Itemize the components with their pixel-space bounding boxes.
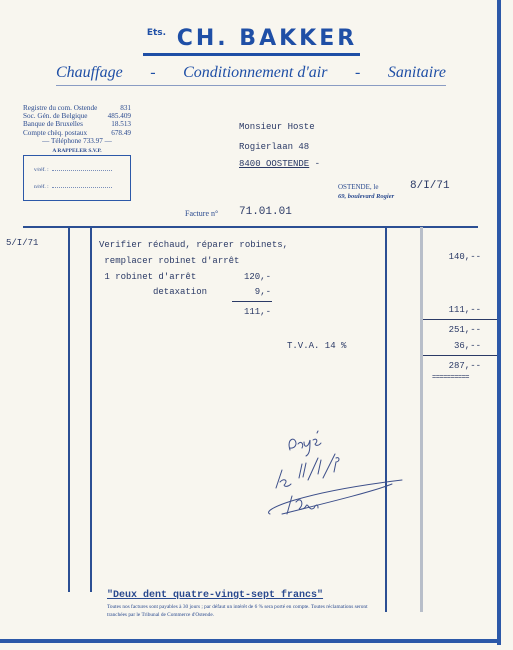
- invoice-number: 71.01.01: [239, 206, 292, 218]
- company-title: Ets. CH. BAKKER: [143, 26, 361, 51]
- sub-rule: [232, 301, 272, 302]
- double-rule: ==========: [432, 374, 469, 382]
- company-address: 69, boulevard Rogier: [338, 193, 394, 200]
- invoice-number-label: Facture n°: [185, 209, 218, 218]
- reminder-label: A RAPPELER S.V.P.: [23, 148, 131, 154]
- page-border-right: [497, 0, 501, 645]
- invoice-date: 8/I/71: [410, 180, 450, 192]
- info-row: Banque de Bruxelles18.513: [23, 120, 131, 128]
- total-amount: 287,--: [425, 361, 481, 371]
- robinet-amount: 120,-: [225, 272, 271, 282]
- company-name: CH. BAKKER: [177, 26, 357, 51]
- service-heating: Chauffage: [56, 64, 123, 82]
- company-info: Registre du com. Ostende831 Soc. Gén. de…: [23, 104, 131, 145]
- service-aircon: Conditionnement d'air: [183, 64, 327, 82]
- description-line: 1 robinet d'arrêt: [99, 272, 196, 282]
- page-border-bottom: [0, 639, 501, 643]
- payment-terms: Toutes nos factures sont payables à 30 j…: [107, 604, 379, 619]
- vat-amount: 36,--: [425, 341, 481, 351]
- our-ref-field[interactable]: n/réf. :: [34, 184, 124, 190]
- recipient-city-line: 8400 OOSTENDE -: [239, 159, 320, 169]
- separator: -: [355, 64, 360, 82]
- vat-label: T.V.A. 14 %: [287, 341, 346, 351]
- info-row: Registre du com. Ostende831: [23, 104, 131, 112]
- services-line: Chauffage - Conditionnement d'air - Sani…: [56, 64, 446, 82]
- place-city: OSTENDE, le: [338, 183, 378, 191]
- company-prefix: Ets.: [147, 28, 166, 38]
- column-divider: [68, 227, 70, 592]
- reference-box: v/réf. : n/réf. :: [23, 155, 131, 201]
- detaxation-amount: 9,-: [225, 287, 271, 297]
- sub-subtotal: 111,-: [225, 307, 271, 317]
- amount-in-words: "Deux dent quatre-vingt-sept francs": [107, 590, 323, 601]
- column-divider: [420, 227, 423, 612]
- description-line: Verifier réchaud, réparer robinets,: [99, 240, 288, 250]
- service-sanitary: Sanitaire: [388, 64, 446, 82]
- material-amount: 111,--: [425, 305, 481, 315]
- paid-signature-icon: Payé: [262, 430, 412, 520]
- labor-amount: 140,--: [425, 252, 481, 262]
- recipient-name: Monsieur Hoste: [239, 122, 315, 132]
- info-row: Compte chèq. postaux678.49: [23, 129, 131, 137]
- description-line: detaxation: [153, 287, 207, 297]
- column-divider: [385, 227, 387, 612]
- line-date: 5/I/71: [6, 238, 38, 248]
- subtitle-underline: [56, 85, 446, 86]
- recipient-street: Rogierlaan 48: [239, 142, 309, 152]
- invoice-page: Ets. CH. BAKKER Chauffage - Conditionnem…: [0, 0, 513, 650]
- total-rule: [423, 319, 498, 320]
- title-underline: [143, 53, 360, 56]
- separator: -: [150, 64, 155, 82]
- your-ref-field[interactable]: v/réf. :: [34, 167, 124, 173]
- info-row: Soc. Gén. de Belgique485.409: [23, 112, 131, 120]
- column-divider: [90, 227, 92, 592]
- info-row: — Téléphone 733.97 —: [23, 137, 131, 145]
- total-rule: [423, 355, 498, 356]
- recipient-city: 8400 OOSTENDE: [239, 159, 309, 169]
- subtotal-amount: 251,--: [425, 325, 481, 335]
- description-line: remplacer robinet d'arrêt: [99, 256, 239, 266]
